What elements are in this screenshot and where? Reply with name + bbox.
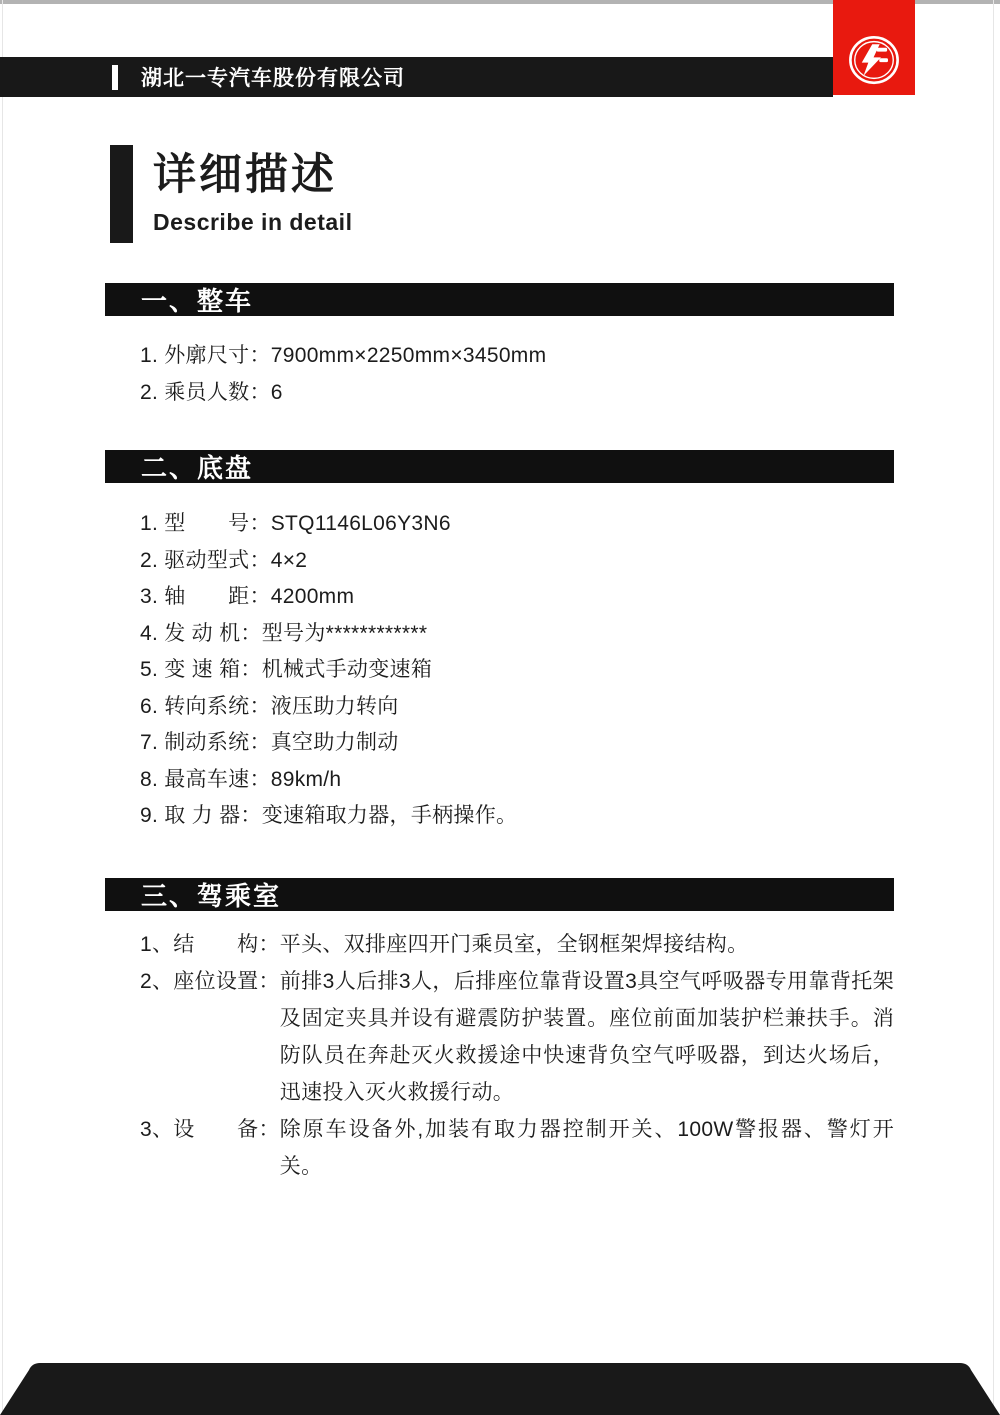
spec-label: 1. 外廓尺寸： [140, 337, 271, 374]
company-header-bar: 湖北一专汽车股份有限公司 [0, 57, 833, 97]
spec-row: 2. 乘员人数： 6 [140, 374, 894, 411]
page-left-edge [2, 0, 3, 1415]
spec-value: 液压助力转向 [271, 689, 894, 726]
section-chassis: 二、底盘 1. 型 号： STQ1146L06Y3N6 2. 驱动型式： 4×2… [105, 450, 894, 835]
spec-row: 3、设 备： 除原车设备外,加装有取力器控制开关、100W警报器、警灯开关。 [140, 1111, 894, 1185]
spec-value: 4×2 [271, 543, 894, 580]
section-heading-cab: 三、驾乘室 [105, 878, 894, 911]
spec-row: 1. 型 号： STQ1146L06Y3N6 [140, 506, 894, 543]
section-heading-whole-vehicle: 一、整车 [105, 283, 894, 316]
section-whole-vehicle: 一、整车 1. 外廓尺寸： 7900mm×2250mm×3450mm 2. 乘员… [105, 283, 894, 411]
spec-row: 6. 转向系统： 液压助力转向 [140, 689, 894, 726]
spec-label: 4. 发 动 机： [140, 616, 262, 653]
page-footer-band [0, 1362, 1000, 1415]
spec-row: 2、座位设置： 前排3人后排3人，后排座位靠背设置3具空气呼吸器专用靠背托架及固… [140, 963, 894, 1111]
spec-sheet-page: { "header": { "company_name": "湖北一专汽车股份有… [0, 0, 1000, 1415]
spec-value: 真空助力制动 [271, 725, 894, 762]
spec-list-cab: 1、结 构： 平头、双排座四开门乘员室，全钢框架焊接结构。 2、座位设置： 前排… [105, 926, 894, 1185]
page-title: 详细描述 [153, 149, 352, 201]
company-name: 湖北一专汽车股份有限公司 [141, 62, 405, 92]
footer-trapezoid-shape [0, 1362, 1000, 1415]
spec-label: 6. 转向系统： [140, 689, 271, 726]
spec-label: 5. 变 速 箱： [140, 652, 262, 689]
spec-value: 变速箱取力器，手柄操作。 [262, 798, 894, 835]
spec-label: 7. 制动系统： [140, 725, 271, 762]
spec-row: 5. 变 速 箱： 机械式手动变速箱 [140, 652, 894, 689]
spec-label: 8. 最高车速： [140, 762, 271, 799]
section-cab: 三、驾乘室 1、结 构： 平头、双排座四开门乘员室，全钢框架焊接结构。 2、座位… [105, 878, 894, 1185]
yizhuan-circle-bolt-logo-icon [846, 32, 902, 88]
spec-label: 9. 取 力 器： [140, 798, 262, 835]
brand-logo-box [833, 0, 915, 95]
spec-row: 8. 最高车速： 89km/h [140, 762, 894, 799]
page-title-block: 详细描述 Describe in detail [110, 145, 352, 243]
section-heading-chassis: 二、底盘 [105, 450, 894, 483]
spec-label: 3、设 备： [140, 1111, 280, 1148]
spec-row: 3. 轴 距： 4200mm [140, 579, 894, 616]
spec-row: 2. 驱动型式： 4×2 [140, 543, 894, 580]
spec-value: 7900mm×2250mm×3450mm [271, 337, 894, 374]
spec-label: 3. 轴 距： [140, 579, 271, 616]
spec-value: 前排3人后排3人，后排座位靠背设置3具空气呼吸器专用靠背托架及固定夹具并设有避震… [280, 963, 894, 1111]
spec-row: 9. 取 力 器： 变速箱取力器，手柄操作。 [140, 798, 894, 835]
spec-value: 型号为************ [262, 616, 894, 653]
page-right-edge [993, 0, 994, 1415]
spec-value: 6 [271, 374, 894, 411]
spec-label: 1. 型 号： [140, 506, 271, 543]
spec-label: 2、座位设置： [140, 963, 280, 1000]
spec-value: 89km/h [271, 762, 894, 799]
spec-list-whole-vehicle: 1. 外廓尺寸： 7900mm×2250mm×3450mm 2. 乘员人数： 6 [105, 337, 894, 411]
spec-value: 除原车设备外,加装有取力器控制开关、100W警报器、警灯开关。 [280, 1111, 894, 1185]
spec-value: 平头、双排座四开门乘员室，全钢框架焊接结构。 [280, 926, 894, 963]
company-name-tick [112, 65, 118, 90]
title-tick-bar [110, 145, 133, 243]
spec-row: 1. 外廓尺寸： 7900mm×2250mm×3450mm [140, 337, 894, 374]
spec-value: 机械式手动变速箱 [262, 652, 894, 689]
spec-label: 2. 乘员人数： [140, 374, 271, 411]
spec-value: 4200mm [271, 579, 894, 616]
spec-value: STQ1146L06Y3N6 [271, 506, 894, 543]
spec-label: 2. 驱动型式： [140, 543, 271, 580]
spec-row: 1、结 构： 平头、双排座四开门乘员室，全钢框架焊接结构。 [140, 926, 894, 963]
spec-row: 7. 制动系统： 真空助力制动 [140, 725, 894, 762]
spec-label: 1、结 构： [140, 926, 280, 963]
spec-row: 4. 发 动 机： 型号为************ [140, 616, 894, 653]
page-subtitle: Describe in detail [153, 209, 352, 236]
spec-list-chassis: 1. 型 号： STQ1146L06Y3N6 2. 驱动型式： 4×2 3. 轴… [105, 506, 894, 835]
